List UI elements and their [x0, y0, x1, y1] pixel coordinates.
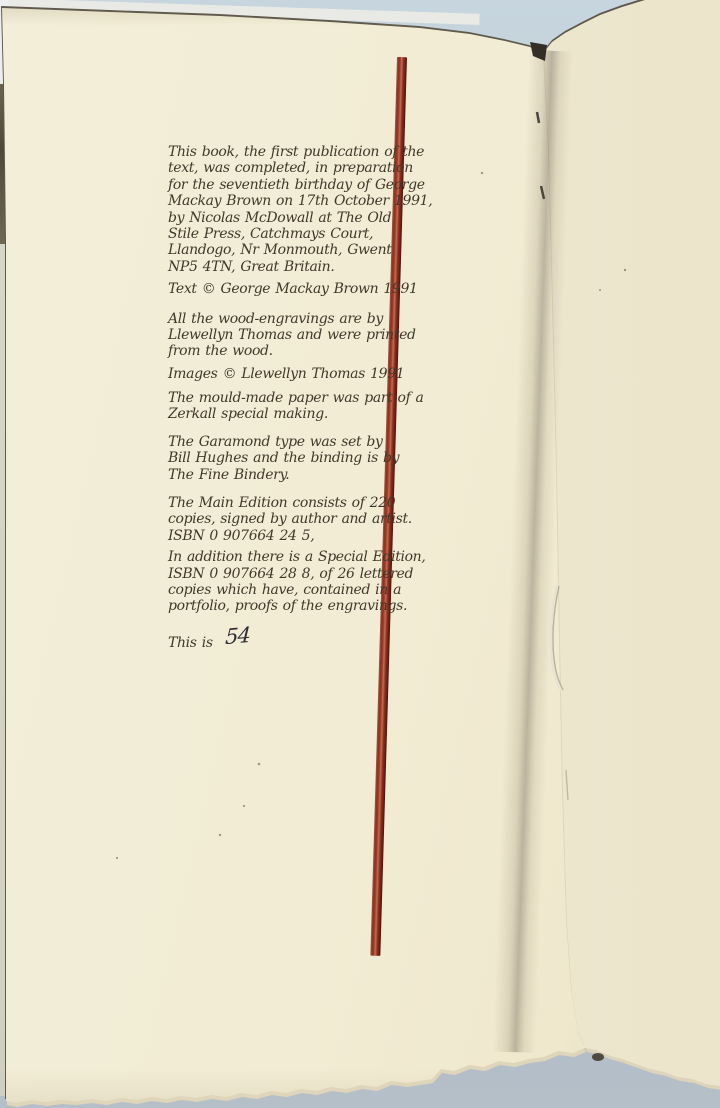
text-line: copies, signed by author and artist. [168, 511, 424, 527]
type-binding-paragraph: The Garamond type was set byBill Hughes … [168, 434, 424, 483]
limitation-prefix: This is [168, 635, 213, 651]
text-line: by Nicolas McDowall at The Old [168, 210, 424, 226]
imprint-paragraph: This book, the first publication of thet… [168, 144, 424, 275]
text-line: All the wood-engravings are by [168, 311, 424, 327]
paper-paragraph: The mould-made paper was part of aZerkal… [168, 390, 424, 423]
text-line: The mould-made paper was part of a [168, 390, 424, 406]
text-line: The Fine Bindery. [168, 467, 424, 483]
engravings-paragraph: All the wood-engravings are byLlewellyn … [168, 311, 424, 360]
text-line: In addition there is a Special Edition, [168, 549, 424, 565]
text-line: from the wood. [168, 343, 424, 359]
special-edition-paragraph: In addition there is a Special Edition,I… [168, 549, 424, 615]
text-line: Bill Hughes and the binding is by [168, 450, 424, 466]
text-copyright-line: Text © George Mackay Brown 1991 [168, 281, 424, 297]
text-line: This book, the first publication of the [168, 144, 424, 160]
book-photograph: This book, the first publication of thet… [0, 0, 720, 1108]
text-line: copies which have, contained in a [168, 582, 424, 598]
text-line: Zerkall special making. [168, 406, 424, 422]
text-line: Mackay Brown on 17th October 1991, [168, 193, 424, 209]
text-line: ISBN 0 907664 28 8, of 26 lettered [168, 566, 424, 582]
text-line: ISBN 0 907664 24 5, [168, 528, 424, 544]
colophon-text-block: This book, the first publication of thet… [168, 144, 424, 653]
text-line: The Garamond type was set by [168, 434, 424, 450]
limitation-line: This is54 [168, 630, 424, 653]
text-line: portfolio, proofs of the engravings. [168, 598, 424, 614]
text-line: text, was completed, in preparation [168, 160, 424, 176]
text-line: The Main Edition consists of 220 [168, 495, 424, 511]
text-line: Llewellyn Thomas and were printed [168, 327, 424, 343]
text-line: NP5 4TN, Great Britain. [168, 259, 424, 275]
handwritten-copy-number: 54 [224, 625, 250, 647]
text-line: for the seventieth birthday of George [168, 177, 424, 193]
text-line: Llandogo, Nr Monmouth, Gwent [168, 242, 424, 258]
main-edition-paragraph: The Main Edition consists of 220copies, … [168, 495, 424, 544]
images-copyright-line: Images © Llewellyn Thomas 1991 [168, 366, 424, 382]
text-line: Stile Press, Catchmays Court, [168, 226, 424, 242]
